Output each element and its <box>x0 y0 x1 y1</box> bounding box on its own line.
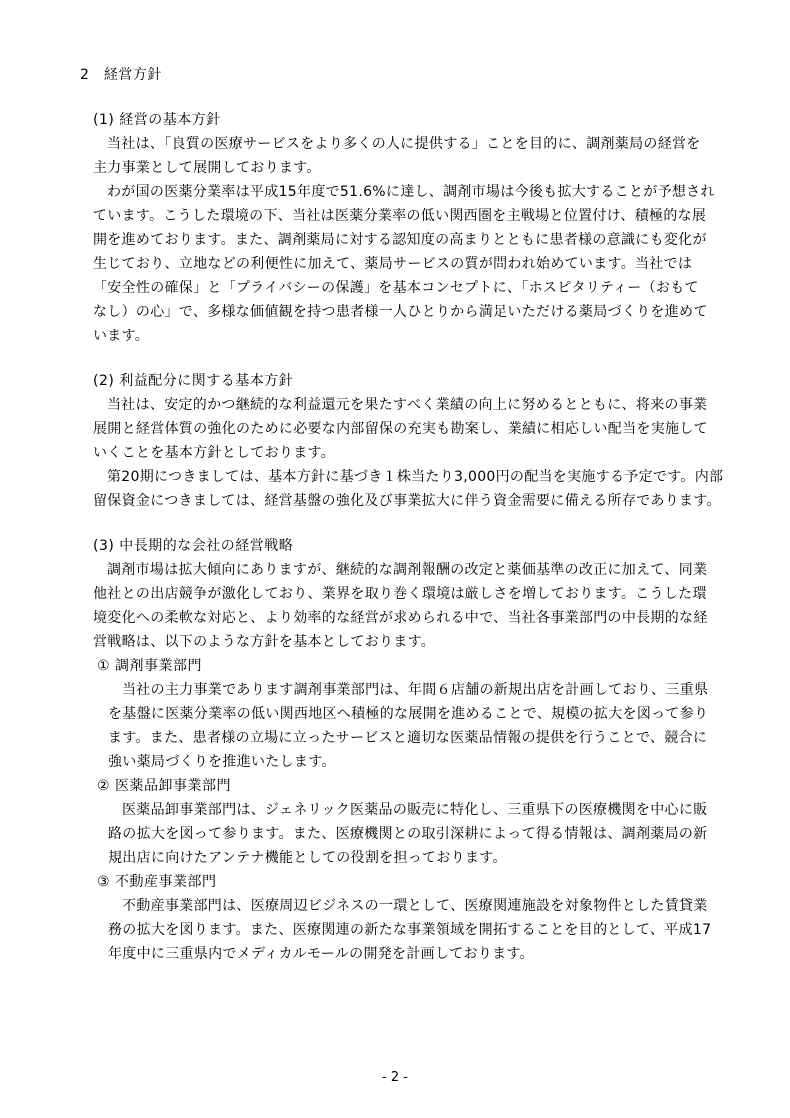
text-line: 不動産事業部門は、医療周辺ビジネスの一環として、医療関連施設を対象物件とした賃貸… <box>97 894 720 918</box>
text-line: 当社は、「良質の医療サービスをより多くの人に提供する」ことを目的に、調剤薬局の経… <box>93 132 720 156</box>
text-line: 他社との出店競争が激化しており、業界を取り巻く環境は厳しさを増しております。こう… <box>93 582 720 606</box>
text-line: 規出店に向けたアンテナ機能としての役割を担っております。 <box>97 846 720 870</box>
document-content: 2 経営方針 (1) 経営の基本方針 当社は、「良質の医療サービスをより多くの人… <box>80 63 720 966</box>
text-line: 調剤市場は拡大傾向にありますが、継続的な調剤報酬の改定と薬価基準の改正に加えて、… <box>93 558 720 582</box>
text-line: 留保資金につきましては、経営基盤の強化及び事業拡大に伴う資金需要に備える所存であ… <box>93 489 720 513</box>
paragraph: わが国の医薬分業率は平成15年度で51.6%に達し、調剤市場は今後も拡大すること… <box>93 180 720 348</box>
text-line: 当社は、安定的かつ継続的な利益還元を果たすべく業績の向上に努めるとともに、将来の… <box>93 393 720 417</box>
subsection-dispensing-business: ① 調剤事業部門 当社の主力事業であります調剤事業部門は、年間６店舗の新規出店を… <box>93 654 720 774</box>
text-line: います。 <box>93 324 720 348</box>
text-line: ています。こうした環境の下、当社は医薬分業率の低い関西圏を主戦場と位置付け、積極… <box>93 204 720 228</box>
section-heading: (2) 利益配分に関する基本方針 <box>93 369 720 393</box>
text-line: を基盤に医薬分業率の低い関西地区へ積極的な展開を進めることで、規模の拡大を図って… <box>97 702 720 726</box>
text-line: 開を進めております。また、調剤薬局に対する認知度の高まりとともに患者様の意識にも… <box>93 228 720 252</box>
text-line: 境変化への柔軟な対応と、より効率的な経営が求められる中で、当社各事業部門の中長期… <box>93 606 720 630</box>
text-line: 営戦略は、以下のような方針を基本としております。 <box>93 630 720 654</box>
text-line: いくことを基本方針としております。 <box>93 441 720 465</box>
text-line: 第20期につきましては、基本方針に基づき１株当たり3,000円の配当を実施する予… <box>93 465 720 489</box>
text-line: なし）の心」で、多様な価値観を持つ患者様一人ひとりから満足いただける薬局づくりを… <box>93 300 720 324</box>
text-line: 展開と経営体質の強化のために必要な内部留保の充実も勘案し、業績に相応しい配当を実… <box>93 417 720 441</box>
section-basic-management-policy: (1) 経営の基本方針 当社は、「良質の医療サービスをより多くの人に提供する」こ… <box>80 108 720 348</box>
text-line: 務の拡大を図ります。また、医療関連の新たな事業領域を開拓することを目的として、平… <box>97 918 720 942</box>
subsection-heading: ① 調剤事業部門 <box>97 654 720 678</box>
text-line: ます。また、患者様の立場に立ったサービスと適切な医薬品情報の提供を行うことで、競… <box>97 726 720 750</box>
text-line: 当社の主力事業であります調剤事業部門は、年間６店舗の新規出店を計画しており、三重… <box>97 678 720 702</box>
section-profit-distribution-policy: (2) 利益配分に関する基本方針 当社は、安定的かつ継続的な利益還元を果たすべく… <box>80 369 720 513</box>
paragraph: 調剤市場は拡大傾向にありますが、継続的な調剤報酬の改定と薬価基準の改正に加えて、… <box>93 558 720 654</box>
subsection-real-estate-business: ③ 不動産事業部門 不動産事業部門は、医療周辺ビジネスの一環として、医療関連施設… <box>93 870 720 966</box>
page-number: - 2 - <box>0 1066 790 1090</box>
document-title: 2 経営方針 <box>80 63 720 87</box>
subsection-heading: ③ 不動産事業部門 <box>97 870 720 894</box>
text-line: 年度中に三重県内でメディカルモールの開発を計画しております。 <box>97 942 720 966</box>
section-heading: (1) 経営の基本方針 <box>93 108 720 132</box>
text-line: 「安全性の確保」と「プライバシーの保護」を基本コンセプトに、「ホスピタリティー（… <box>93 276 720 300</box>
text-line: 生じており、立地などの利便性に加えて、薬局サービスの質が問われ始めています。当社… <box>93 252 720 276</box>
subsection-pharmaceutical-wholesale-business: ② 医薬品卸事業部門 医薬品卸事業部門は、ジェネリック医薬品の販売に特化し、三重… <box>93 774 720 870</box>
paragraph: 第20期につきましては、基本方針に基づき１株当たり3,000円の配当を実施する予… <box>93 465 720 513</box>
paragraph: 当社は、「良質の医療サービスをより多くの人に提供する」ことを目的に、調剤薬局の経… <box>93 132 720 180</box>
text-line: 強い薬局づくりを推進いたします。 <box>97 750 720 774</box>
text-line: 医薬品卸事業部門は、ジェネリック医薬品の販売に特化し、三重県下の医療機関を中心に… <box>97 798 720 822</box>
paragraph: 当社は、安定的かつ継続的な利益還元を果たすべく業績の向上に努めるとともに、将来の… <box>93 393 720 465</box>
section-heading: (3) 中長期的な会社の経営戦略 <box>93 534 720 558</box>
subsection-heading: ② 医薬品卸事業部門 <box>97 774 720 798</box>
text-line: わが国の医薬分業率は平成15年度で51.6%に達し、調剤市場は今後も拡大すること… <box>93 180 720 204</box>
section-mid-long-term-strategy: (3) 中長期的な会社の経営戦略 調剤市場は拡大傾向にありますが、継続的な調剤報… <box>80 534 720 966</box>
text-line: 路の拡大を図って参ります。また、医療機関との取引深耕によって得る情報は、調剤薬局… <box>97 822 720 846</box>
document-page: 2 経営方針 (1) 経営の基本方針 当社は、「良質の医療サービスをより多くの人… <box>0 0 790 1118</box>
text-line: 主力事業として展開しております。 <box>93 156 720 180</box>
